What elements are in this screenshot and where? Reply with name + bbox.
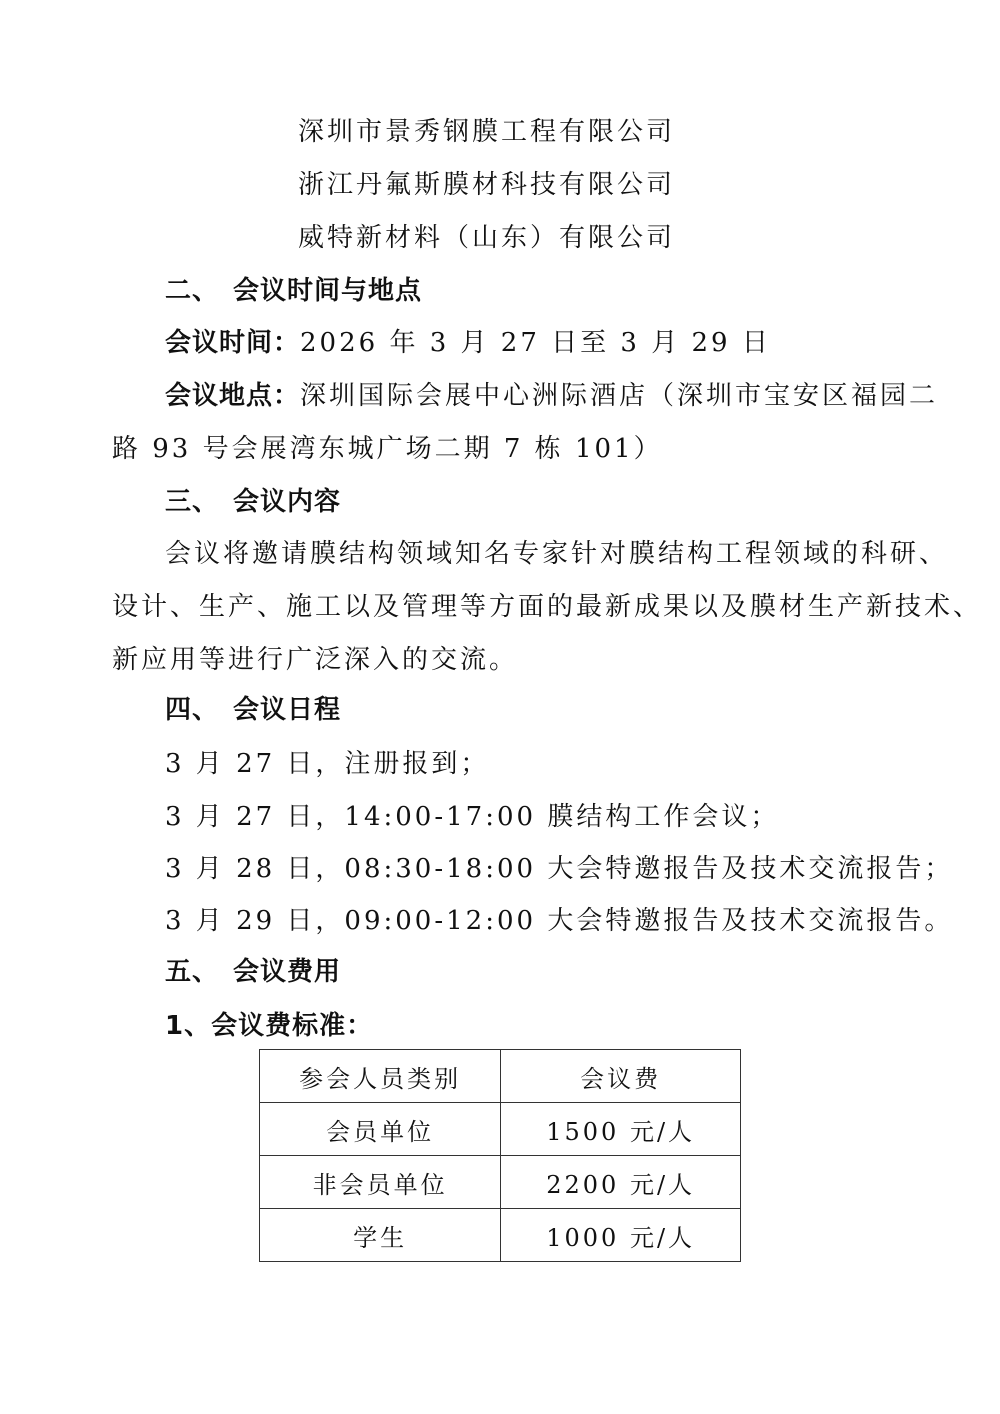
paragraph-line: 新应用等进行广泛深入的交流。 bbox=[112, 645, 518, 675]
section-heading: 五、会议费用 bbox=[165, 957, 341, 987]
section-number: 三、 bbox=[165, 487, 219, 517]
schedule-item: 3 月 27 日，14:00-17:00 膜结构工作会议； bbox=[165, 802, 779, 832]
meeting-place-cont: 路 93 号会展湾东城广场二期 7 栋 101） bbox=[112, 434, 663, 464]
table-header-row: 参会人员类别 会议费 bbox=[260, 1050, 741, 1103]
company-name: 浙江丹氟斯膜材科技有限公司 bbox=[298, 170, 675, 200]
section-title: 会议内容 bbox=[233, 487, 341, 517]
table-row: 学生 1000 元/人 bbox=[260, 1209, 741, 1262]
table-cell: 非会员单位 bbox=[260, 1156, 501, 1209]
place-label: 会议地点： bbox=[165, 381, 300, 411]
schedule-item: 3 月 27 日，注册报到； bbox=[165, 749, 489, 779]
table-cell: 会员单位 bbox=[260, 1103, 501, 1156]
section-number: 二、 bbox=[165, 276, 219, 306]
section-heading: 三、会议内容 bbox=[165, 487, 341, 517]
table-cell: 1000 元/人 bbox=[501, 1209, 741, 1262]
schedule-item: 3 月 29 日，09:00-12:00 大会特邀报告及技术交流报告。 bbox=[165, 906, 953, 936]
table-cell: 学生 bbox=[260, 1209, 501, 1262]
table-row: 会员单位 1500 元/人 bbox=[260, 1103, 741, 1156]
time-value: 2026 年 3 月 27 日至 3 月 29 日 bbox=[300, 328, 771, 358]
fee-standard-label: 1、会议费标准： bbox=[165, 1011, 373, 1041]
section-number: 四、 bbox=[165, 695, 219, 725]
place-value: 深圳国际会展中心洲际酒店（深圳市宝安区福园二 bbox=[300, 381, 938, 411]
table-cell: 1500 元/人 bbox=[501, 1103, 741, 1156]
section-title: 会议费用 bbox=[233, 957, 341, 987]
section-number: 五、 bbox=[165, 957, 219, 987]
section-heading: 二、会议时间与地点 bbox=[165, 276, 422, 306]
company-name: 威特新材料（山东）有限公司 bbox=[298, 223, 675, 253]
meeting-place: 会议地点：深圳国际会展中心洲际酒店（深圳市宝安区福园二 bbox=[165, 381, 938, 411]
schedule-item: 3 月 28 日，08:30-18:00 大会特邀报告及技术交流报告； bbox=[165, 854, 953, 884]
paragraph-line: 设计、生产、施工以及管理等方面的最新成果以及膜材生产新技术、 bbox=[112, 592, 982, 622]
company-name: 深圳市景秀钢膜工程有限公司 bbox=[298, 117, 675, 147]
time-label: 会议时间： bbox=[165, 328, 300, 358]
paragraph-line: 会议将邀请膜结构领域知名专家针对膜结构工程领域的科研、 bbox=[165, 539, 948, 569]
section-title: 会议时间与地点 bbox=[233, 276, 422, 306]
column-header: 参会人员类别 bbox=[260, 1050, 501, 1103]
column-header: 会议费 bbox=[501, 1050, 741, 1103]
table-cell: 2200 元/人 bbox=[501, 1156, 741, 1209]
table-row: 非会员单位 2200 元/人 bbox=[260, 1156, 741, 1209]
meeting-time: 会议时间：2026 年 3 月 27 日至 3 月 29 日 bbox=[165, 328, 771, 358]
fee-table: 参会人员类别 会议费 会员单位 1500 元/人 非会员单位 2200 元/人 … bbox=[259, 1049, 741, 1262]
section-heading: 四、会议日程 bbox=[165, 695, 341, 725]
section-title: 会议日程 bbox=[233, 695, 341, 725]
